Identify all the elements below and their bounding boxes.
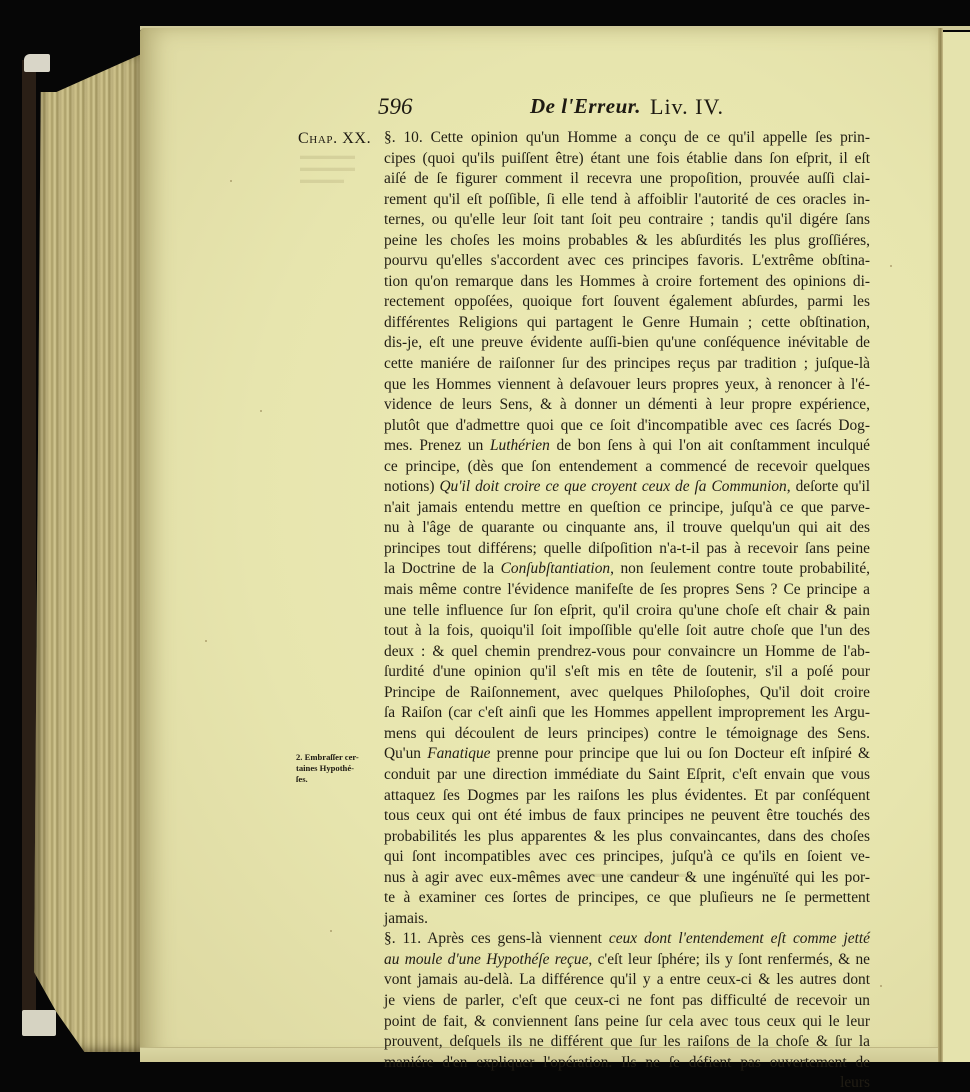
text-run: conduit par une direction immédiate du S… [384, 766, 870, 783]
text-line: §. 11. Après ces gens-là viennent ceux d… [384, 929, 870, 950]
text-line: conduit par une direction immédiate du S… [384, 765, 870, 786]
text-line: qui ſont incompatibles avec ces principe… [384, 847, 870, 868]
text-run: que les Hommes viennent à deſavouer leur… [384, 376, 870, 393]
text-run: , non ſeulement contre toute probabilité… [610, 560, 870, 577]
text-run: rectement oppoſées, quoique fort ſouvent… [384, 293, 870, 310]
text-line: nu à l'âge de quarante ou cinquante ans,… [384, 518, 870, 539]
text-line: rectement oppoſées, quoique fort ſouvent… [384, 292, 870, 313]
text-line: mais même contre l'évidence manifeſte de… [384, 580, 870, 601]
text-run: cipes (quoi qu'ils puiſſent être) étant … [384, 150, 870, 167]
text-run: différentes Religions qui partagent le G… [384, 314, 870, 331]
text-run: nu à l'âge de quarante ou cinquante ans,… [384, 519, 870, 536]
text-line: point de fait, & conviennent ſans peine … [384, 1012, 870, 1033]
text-run: peine les choſes les moins probables & l… [384, 232, 870, 249]
text-run: tous ceux qui ont été imbus de faux prin… [384, 807, 870, 824]
text-run: probabilités les plus apparentes & les p… [384, 828, 870, 845]
marginal-note-line: 2. Embraſſer cer- [296, 752, 372, 763]
text-run: prenne pour principe que lui ou ſon Doct… [490, 745, 870, 762]
text-run: mes. Prenez un [384, 437, 490, 454]
text-line: leurs [384, 1073, 870, 1092]
running-book: Liv. IV. [650, 94, 724, 120]
marginal-note: 2. Embraſſer cer- taines Hypothé- ſes. [296, 752, 372, 785]
paper-speck [260, 410, 262, 412]
paper-speck [205, 640, 207, 642]
running-head: 596 De l'Erreur. Liv. IV. [378, 94, 878, 126]
text-line: Qu'un Fanatique prenne pour principe que… [384, 744, 870, 765]
text-run: ce principe, (dès que ſon entendement a … [384, 458, 870, 475]
paper-speck [880, 985, 882, 987]
text-line: vont jamais au-delà. La différence qu'il… [384, 970, 870, 991]
paragraph-section-10: §. 10. Cette opinion qu'un Homme a conçu… [384, 128, 870, 929]
text-line: peine les choſes les moins probables & l… [384, 231, 870, 252]
text-line: nus à agir avec eux-mêmes avec une cande… [384, 868, 870, 889]
text-run: §. 10. Cette opinion qu'un Homme a conçu… [384, 129, 870, 146]
text-line: la Doctrine de la Conſubſtantiation, non… [384, 559, 870, 580]
italic-term: Fanatique [427, 745, 490, 762]
italic-term: ceux dont l'entendement eſt comme jetté [609, 930, 870, 947]
page-corner-bottom [22, 1010, 56, 1036]
text-run: tion qu'on remarque dans les Hommes à cr… [384, 273, 870, 290]
text-run: ſurdité d'une opinion qu'il s'eſt mis en… [384, 663, 870, 680]
italic-term: Conſubſtantiation [501, 560, 610, 577]
body-text: §. 10. Cette opinion qu'un Homme a conçu… [384, 128, 870, 1092]
text-line: je viens de parler, c'eſt que ceux-ci ne… [384, 991, 870, 1012]
text-line: jamais. [384, 909, 870, 930]
text-line: mes. Prenez un Luthérien de bon ſens à q… [384, 436, 870, 457]
text-line: probabilités les plus apparentes & les p… [384, 827, 870, 848]
text-run: point de fait, & conviennent ſans peine … [384, 1013, 870, 1030]
italic-term: Luthérien [490, 437, 550, 454]
running-title: De l'Erreur. [530, 94, 641, 119]
text-line: deux : & quel chemin prendrez-vous pour … [384, 642, 870, 663]
book-page-recto-edge [943, 32, 970, 1062]
text-line: au moule d'une Hypothéſe reçue, c'eſt le… [384, 950, 870, 971]
text-run: principes tout différens; quelle diſpoſi… [384, 540, 870, 557]
text-run: nus à agir avec eux-mêmes avec une cande… [384, 869, 870, 886]
paragraph-section-11: §. 11. Après ces gens-là viennent ceux d… [384, 929, 870, 1092]
text-line: ſurdité d'une opinion qu'il s'eſt mis en… [384, 662, 870, 683]
text-line: te à examiner ces ſortes de principes, c… [384, 888, 870, 909]
text-line: ſa Raiſon (car c'eſt ainſi que les Homme… [384, 703, 870, 724]
text-run: ternes, ou qu'elle leur ſoit tant ſoit p… [384, 211, 870, 228]
text-line: différentes Religions qui partagent le G… [384, 313, 870, 334]
text-run: tout à la fois, quoiqu'il ſoit impoſſibl… [384, 622, 870, 639]
text-run: n'ait jamais entendu mettre en queſtion … [384, 499, 870, 516]
marginal-note-line: taines Hypothé- [296, 763, 372, 774]
text-run: prouvent, deſquels ils ne différent que … [384, 1033, 870, 1050]
page-corner-top [24, 54, 50, 72]
text-line: cette maniére de raiſonner ſur des princ… [384, 354, 870, 375]
text-run: maniére d'en expliquer l'opération. Ils … [384, 1054, 870, 1071]
text-line: que les Hommes viennent à deſavouer leur… [384, 375, 870, 396]
text-run: aiſé de ſe figurer comment il recevra un… [384, 170, 870, 187]
text-run: de bon ſens à qui l'on ait conſtamment i… [550, 437, 870, 454]
text-line: principes tout différens; quelle diſpoſi… [384, 539, 870, 560]
text-run: je viens de parler, c'eſt que ceux-ci ne… [384, 992, 870, 1009]
text-run: notions) [384, 478, 439, 495]
text-run: attaquez ſes Dogmes par les raiſons les … [384, 787, 870, 804]
text-run: §. 11. Après ces gens-là viennent [384, 930, 609, 947]
italic-term: au moule d'une Hypothéſe reçue [384, 951, 588, 968]
text-run: plutôt que d'admettre quoi que ce ſoit d… [384, 417, 870, 434]
paper-speck [230, 180, 232, 182]
text-run: une telle influence ſur ſon eſprit, qu'i… [384, 602, 870, 619]
text-line: notions) Qu'il doit croire ce que croyen… [384, 477, 870, 498]
marginal-note-line: ſes. [296, 774, 372, 785]
text-line: vidence de leurs Sens, & à donner un dém… [384, 395, 870, 416]
page-block-fore-edge [34, 52, 146, 1052]
text-run: jamais. [384, 910, 428, 927]
text-line: tout à la fois, quoiqu'il ſoit impoſſibl… [384, 621, 870, 642]
text-run: te à examiner ces ſortes de principes, c… [384, 889, 870, 906]
text-line: ternes, ou qu'elle leur ſoit tant ſoit p… [384, 210, 870, 231]
text-line: rement qu'il eſt poſſible, ſi elle tend … [384, 190, 870, 211]
text-line: cipes (quoi qu'ils puiſſent être) étant … [384, 149, 870, 170]
text-run: mens qui découlent de leurs principes) c… [384, 725, 870, 742]
text-line: maniére d'en expliquer l'opération. Ils … [384, 1053, 870, 1074]
text-line: tous ceux qui ont été imbus de faux prin… [384, 806, 870, 827]
text-run: vidence de leurs Sens, & à donner un dém… [384, 396, 870, 413]
text-line: pourvu qu'elles s'accordent avec ces pri… [384, 251, 870, 272]
text-run: Principe de Raiſonnement, avec quelques … [384, 684, 870, 701]
paper-speck [890, 265, 892, 267]
chapter-label: Chap. XX. [298, 130, 371, 148]
text-run: dis-je, eſt une preuve évidente auſſi-bi… [384, 334, 870, 351]
text-run: , deſorte qu'il [787, 478, 870, 495]
text-line: §. 10. Cette opinion qu'un Homme a conçu… [384, 128, 870, 149]
text-line: prouvent, deſquels ils ne différent que … [384, 1032, 870, 1053]
text-line: mens qui découlent de leurs principes) c… [384, 724, 870, 745]
italic-term: Qu'il doit croire ce que croyent ceux de… [439, 478, 786, 495]
text-run: rement qu'il eſt poſſible, ſi elle tend … [384, 191, 870, 208]
text-run: la Doctrine de la [384, 560, 501, 577]
text-run: Qu'un [384, 745, 427, 762]
text-line: Principe de Raiſonnement, avec quelques … [384, 683, 870, 704]
book-cover-edge [22, 60, 36, 1020]
text-line: tion qu'on remarque dans les Hommes à cr… [384, 272, 870, 293]
show-through-text: ▬▬▬▬▬▬▬▬▬▬▬▬▬▬ [300, 150, 370, 186]
text-run: deux : & quel chemin prendrez-vous pour … [384, 643, 870, 660]
text-line: n'ait jamais entendu mettre en queſtion … [384, 498, 870, 519]
text-line: plutôt que d'admettre quoi que ce ſoit d… [384, 416, 870, 437]
page-number: 596 [378, 94, 413, 120]
text-run: vont jamais au-delà. La différence qu'il… [384, 971, 870, 988]
text-run: mais même contre l'évidence manifeſte de… [384, 581, 870, 598]
text-run: cette maniére de raiſonner ſur des princ… [384, 355, 870, 372]
text-line: une telle influence ſur ſon eſprit, qu'i… [384, 601, 870, 622]
text-line: ce principe, (dès que ſon entendement a … [384, 457, 870, 478]
text-line: dis-je, eſt une preuve évidente auſſi-bi… [384, 333, 870, 354]
text-run: ſa Raiſon (car c'eſt ainſi que les Homme… [384, 704, 870, 721]
text-run: , c'eſt leur ſphére; ils y ſont renfermé… [588, 951, 870, 968]
text-line: aiſé de ſe figurer comment il recevra un… [384, 169, 870, 190]
text-run: pourvu qu'elles s'accordent avec ces pri… [384, 252, 870, 269]
paper-speck [330, 930, 332, 932]
text-run: leurs [840, 1074, 870, 1091]
text-run: qui ſont incompatibles avec ces principe… [384, 848, 870, 865]
text-line: attaquez ſes Dogmes par les raiſons les … [384, 786, 870, 807]
